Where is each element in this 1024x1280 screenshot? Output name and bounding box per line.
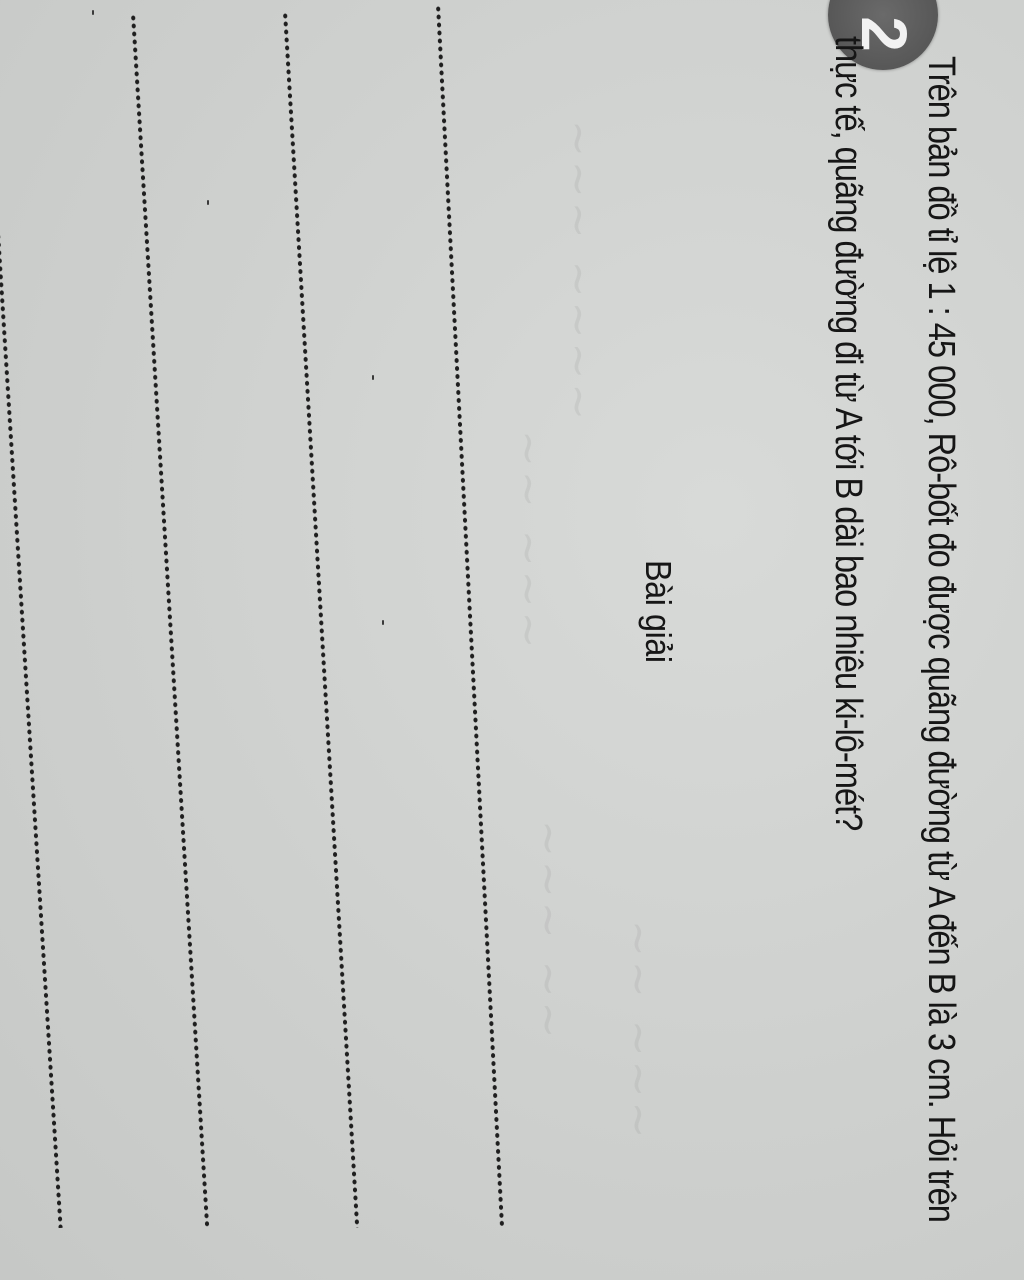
paper-speck bbox=[207, 200, 209, 205]
show-through-marks: ~~~ ~~~~ bbox=[553, 120, 604, 424]
worksheet-page: ~~~ ~~~~ ~~ ~~~ ~~~ ~~ ~~ ~~~ 2 Trên bản… bbox=[0, 0, 1024, 1280]
answer-line[interactable] bbox=[0, 185, 64, 1228]
paper-speck bbox=[92, 10, 94, 15]
show-through-marks: ~~~ ~~ bbox=[523, 820, 574, 1042]
paper-speck bbox=[382, 620, 384, 625]
question-text-line-1: Trên bản đồ tỉ lệ 1 : 45 000, Rô-bốt đo … bbox=[919, 56, 962, 1222]
photo-viewport: ~~~ ~~~~ ~~ ~~~ ~~~ ~~ ~~ ~~~ 2 Trên bản… bbox=[0, 0, 1024, 1280]
answer-line[interactable] bbox=[130, 14, 210, 1228]
show-through-marks: ~~ ~~~ bbox=[503, 430, 554, 652]
answer-line[interactable] bbox=[282, 12, 360, 1228]
paper-speck bbox=[372, 375, 374, 380]
answer-line[interactable] bbox=[435, 5, 505, 1229]
question-text-line-2: thực tế, quãng đường đi từ A tới B dài b… bbox=[826, 36, 869, 830]
solution-heading: Bài giải bbox=[637, 560, 679, 663]
show-through-marks: ~~ ~~~ bbox=[613, 920, 664, 1142]
